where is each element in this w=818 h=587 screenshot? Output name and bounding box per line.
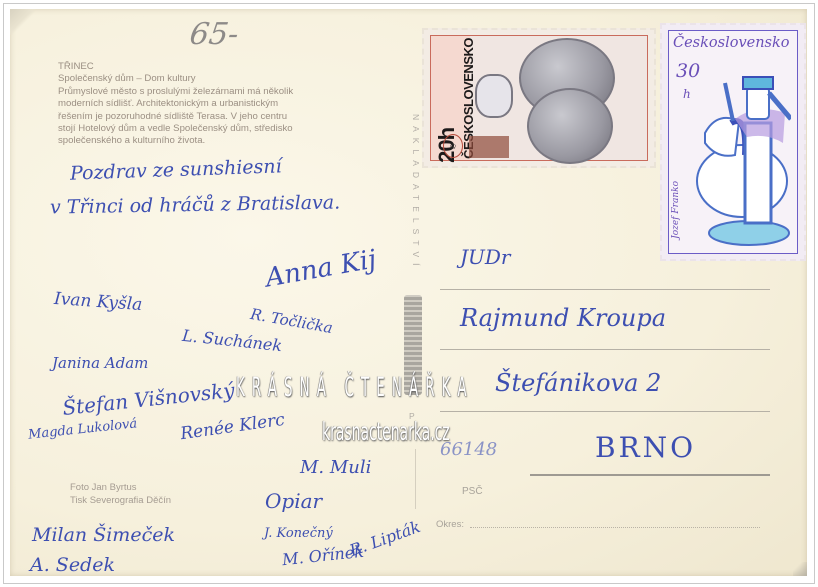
address-street: Štefánikova 2 <box>495 369 661 397</box>
signature: Renée Klerc <box>179 410 286 444</box>
stamp-ground <box>469 136 509 158</box>
stamp-face: Československo 30 h Jozef Franko <box>668 30 798 254</box>
postcard: 65- TŘINEC Společenský dům – Dom kultury… <box>10 9 807 576</box>
signature: Štefan Višnovský <box>61 378 235 420</box>
signature: Janina Adam <box>52 354 148 372</box>
message-line: v Třinci od hráčů z Bratislava. <box>50 191 341 218</box>
signature: M. Muli <box>300 457 371 478</box>
signature: J. Konečný <box>264 526 333 541</box>
stamp-emblem-icon: ♔ <box>443 134 463 158</box>
signature: Anna Kij <box>263 245 378 294</box>
stamp-artist: Jozef Franko <box>671 181 681 239</box>
photo-credit: Foto Jan Byrtus <box>70 481 171 494</box>
city-underline <box>530 474 770 476</box>
address-line <box>440 411 770 412</box>
caption-subtitle: Společenský dům – Dom kultury <box>58 73 398 85</box>
caption-line: moderních sídlišť. Architektonickým a ur… <box>58 98 398 110</box>
address-line <box>440 349 770 350</box>
monstrance-icon <box>475 74 513 118</box>
address-title: JUDr <box>460 245 510 269</box>
okres-dotted-line <box>470 527 760 528</box>
signature: A. Sedek <box>30 554 115 576</box>
signature: R. Lipták <box>347 517 423 560</box>
caption-line: stojí Hotelový dům a vedle Společenský d… <box>58 123 398 135</box>
signature: Opiar <box>265 489 322 513</box>
signature: R. Točlička <box>249 305 334 337</box>
chess-knight-icon <box>687 63 791 251</box>
psc-label: PSČ <box>462 486 483 497</box>
caption-line: Průmyslové město s proslulými železárnam… <box>58 86 398 98</box>
message-line: Pozdrav ze sunshiesní <box>70 155 282 184</box>
stamp-20h: 20h ČESKOSLOVENSKO ♔ <box>422 28 656 168</box>
publisher-label: NAKLADATELSTVÍ <box>409 114 421 272</box>
signature: Ivan Kyšla <box>53 289 143 315</box>
stamp-30h: Československo 30 h Jozef Franko <box>660 23 806 261</box>
stamp-face: 20h ČESKOSLOVENSKO ♔ <box>430 35 648 161</box>
address-city: BRNO <box>595 431 696 464</box>
print-credit: Tisk Severografia Děčín <box>70 494 171 507</box>
watermark-title: KRÁSNÁ ČTENÁŘKA <box>236 372 474 403</box>
okres-label: Okres: <box>436 519 464 530</box>
caption-title: TŘINEC <box>58 61 398 73</box>
price-note: 65- <box>188 17 241 52</box>
stamp-country: Československo <box>673 35 790 51</box>
signature: L. Suchánek <box>181 326 283 355</box>
coin-icon <box>527 88 613 164</box>
signature: Milan Šimeček <box>32 524 175 546</box>
bent-corner <box>10 9 36 35</box>
photo-credits: Foto Jan Byrtus Tisk Severografia Děčín <box>70 481 171 507</box>
center-divider <box>415 449 416 509</box>
watermark-url: krasnactenarka.cz <box>322 417 450 446</box>
printed-caption: TŘINEC Společenský dům – Dom kultury Prů… <box>58 61 398 148</box>
signature: Magda Lukolová <box>28 416 138 442</box>
worn-corner <box>793 562 807 576</box>
address-line <box>440 289 770 290</box>
caption-line: řešením je pozoruhodné sídliště Terasa. … <box>58 111 398 123</box>
caption-line: společenského a kulturního života. <box>58 135 398 147</box>
address-name: Rajmund Kroupa <box>460 304 666 332</box>
